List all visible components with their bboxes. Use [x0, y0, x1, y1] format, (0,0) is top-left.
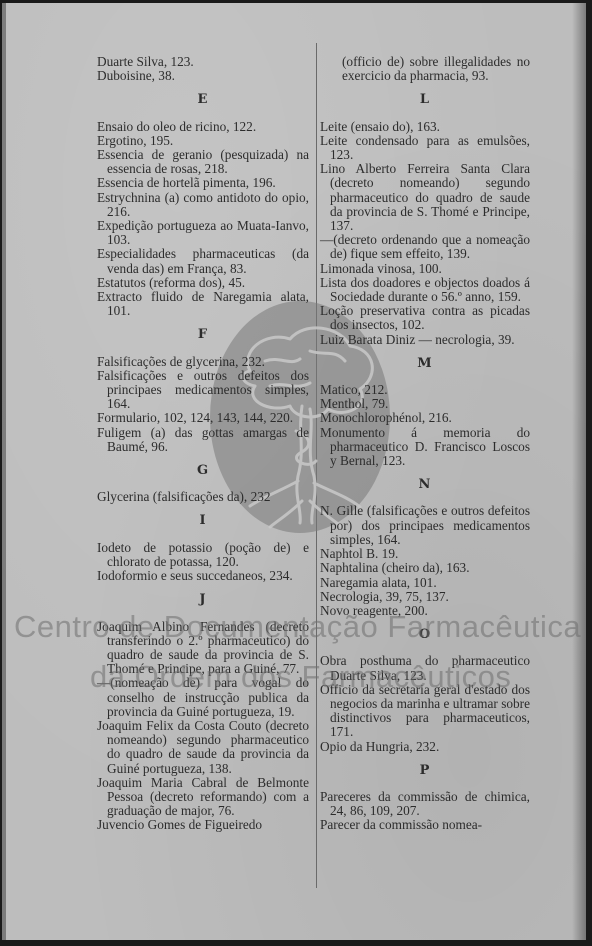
index-entry: Formulario, 102, 124, 143, 144, 220.: [97, 411, 309, 425]
index-entry: Opio da Hungria, 232.: [320, 740, 530, 754]
index-entry-continuation: (officio de) sobre illegalidades no exer…: [320, 55, 530, 83]
index-entry: Especialidades pharmaceuticas (da venda …: [97, 247, 309, 275]
index-entry: Extracto fluido de Naregamia alata, 101.: [97, 290, 309, 318]
index-entry: Ensaio do oleo de ricino, 122.: [97, 120, 309, 134]
index-entry: Joaquim Maria Cabral de Belmonte Pessoa …: [97, 776, 309, 819]
index-entry: —(decreto ordenando que a nomeação de) f…: [320, 233, 530, 261]
index-entry: Luiz Barata Diniz — necrologia, 39.: [320, 333, 530, 347]
index-entry: Limonada vinosa, 100.: [320, 262, 530, 276]
watermark-line-2: da Ordem dos Farmacêuticos: [90, 659, 511, 695]
index-entry: Naregamia alata, 101.: [320, 576, 530, 590]
index-entry: Duarte Silva, 123.: [97, 55, 309, 69]
index-entry: Fuligem (a) das gottas amargas de Baumé,…: [97, 426, 309, 454]
index-entry: Estrychnina (a) como antidoto do opio, 2…: [97, 191, 309, 219]
index-entry: Duboisine, 38.: [97, 69, 309, 83]
index-entry: Monochlorophénol, 216.: [320, 411, 530, 425]
section-letter-n: N: [320, 478, 530, 492]
watermark-line-1: Centro de Documentação Farmacêutica: [14, 609, 581, 645]
index-entry: Leite condensado para as emulsões, 123.: [320, 134, 530, 162]
index-entry: Joaquim Felix da Costa Couto (decreto no…: [97, 719, 309, 776]
index-entry: Iodeto de potassio (poção de) e chlorato…: [97, 541, 309, 569]
index-entry: Estatutos (reforma dos), 45.: [97, 276, 309, 290]
index-entry: Naphtol B. 19.: [320, 547, 530, 561]
index-entry: Lista dos doadores e objectos doados á S…: [320, 276, 530, 304]
index-entry: Falsificações de glycerina, 232.: [97, 355, 309, 369]
section-letter-j: J: [97, 593, 309, 607]
index-entry: Leite (ensaio do), 163.: [320, 120, 530, 134]
section-letter-g: G: [97, 464, 309, 478]
section-letter-p: P: [320, 764, 530, 778]
index-entry: Loção preservativa contra as picadas dos…: [320, 304, 530, 332]
index-entry: Monumento á memoria do pharmaceutico D. …: [320, 426, 530, 469]
index-entry: Ergotino, 195.: [97, 134, 309, 148]
index-column-left: Duarte Silva, 123. Duboisine, 38. E Ensa…: [97, 55, 309, 833]
index-entry: Pareceres da commissão de chimica, 24, 8…: [320, 790, 530, 818]
section-letter-m: M: [320, 357, 530, 371]
index-entry: Parecer da commissão nomea-: [320, 818, 530, 832]
section-letter-e: E: [97, 93, 309, 107]
index-entry: Juvencio Gomes de Figueiredo: [97, 818, 309, 832]
index-entry: Matico, 212.: [320, 383, 530, 397]
index-entry: Naphtalina (cheiro da), 163.: [320, 561, 530, 575]
index-column-right: (officio de) sobre illegalidades no exer…: [320, 55, 530, 833]
index-entry: Essencia de hortelã pimenta, 196.: [97, 176, 309, 190]
page-left-edge-shadow: [2, 3, 6, 940]
index-entry: Menthol, 79.: [320, 397, 530, 411]
index-entry: Iodoformio e seus succedaneos, 234.: [97, 569, 309, 583]
section-letter-l: L: [320, 93, 530, 107]
index-entry: Lino Alberto Ferreira Santa Clara (decre…: [320, 162, 530, 233]
index-entry: Falsificações e outros defeitos dos prin…: [97, 369, 309, 412]
index-entry: Glycerina (falsificações da), 232: [97, 490, 309, 504]
scanned-page: Duarte Silva, 123. Duboisine, 38. E Ensa…: [2, 3, 586, 940]
page-right-edge-shadow: [572, 3, 586, 940]
index-entry: N. Gille (falsificações e outros defeito…: [320, 504, 530, 547]
section-letter-f: F: [97, 328, 309, 342]
section-letter-i: I: [97, 514, 309, 528]
index-entry: Essencia de geranio (pesquizada) na esse…: [97, 148, 309, 176]
index-entry: Expedição portugueza ao Muata-Ianvo, 103…: [97, 219, 309, 247]
index-entry: Necrologia, 39, 75, 137.: [320, 590, 530, 604]
